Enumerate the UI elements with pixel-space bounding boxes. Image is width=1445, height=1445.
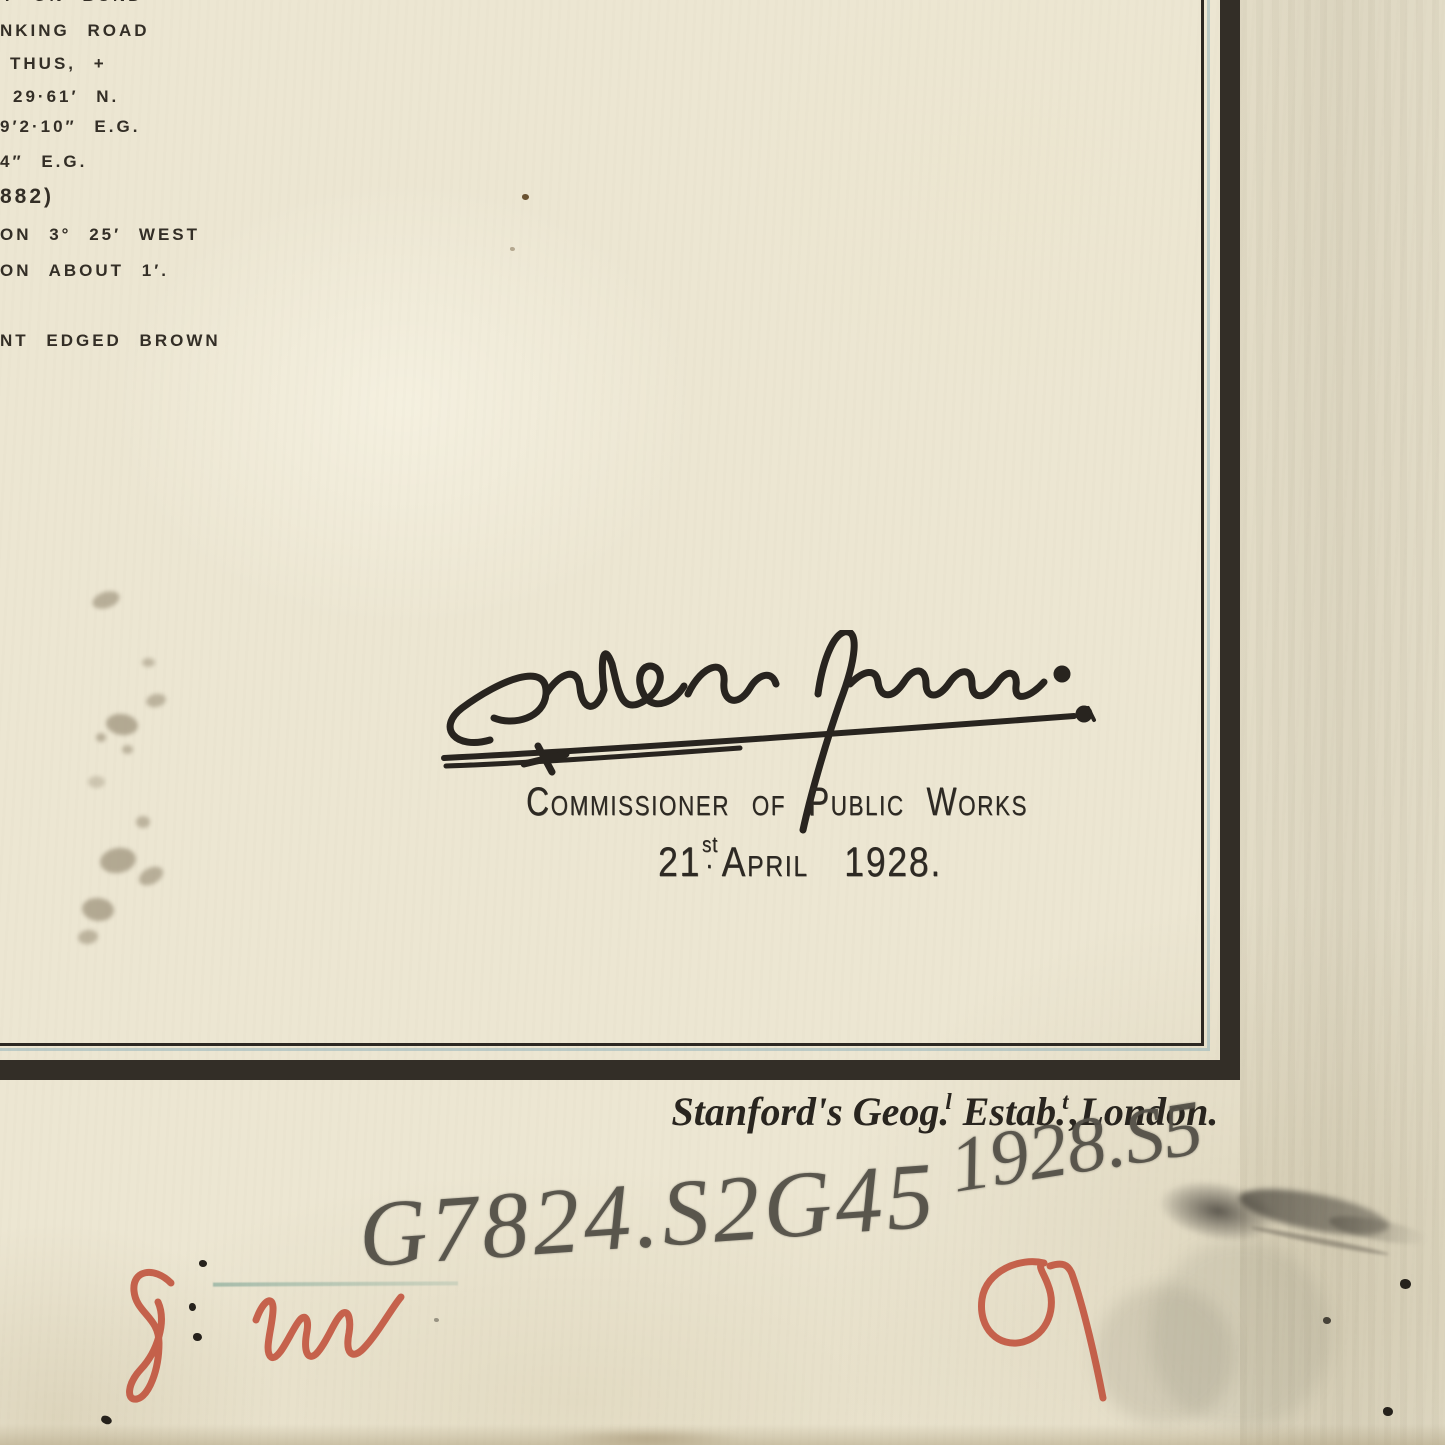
red-loop-mark [982,1262,1052,1343]
paper-stain [1150,1240,1330,1430]
ink-speck [510,247,515,251]
ink-speck [193,1333,202,1341]
red-loop-tail [1050,1264,1103,1398]
map-sheet-corner: T ON BUND NKING ROAD THUS, + 29·61′ N. 9… [0,0,1445,1445]
scan-bottom-edge [0,1424,1445,1445]
legend-line: 29·61′ N. [13,87,119,107]
legend-line: NT EDGED BROWN [0,331,221,351]
legend-line: THUS, + [10,54,107,74]
legend-line: ON ABOUT 1′. [0,261,169,281]
date-ordinal: st. [702,838,718,865]
legend-line: 4″ E.G. [0,152,87,172]
legend-line: NKING ROAD [0,21,150,41]
superscript-l: l [945,1089,951,1114]
red-w-squiggle [256,1297,401,1358]
ink-speck [1383,1407,1393,1416]
legend-line: 9′2·10″ E.G. [0,117,140,137]
ink-speck [434,1318,439,1322]
date-day: 21 [658,838,701,885]
red-figure-8-mark [130,1272,171,1399]
call-number-pencil: G7824.S2G451928.S5 [355,1123,1209,1290]
ink-speck [199,1260,207,1267]
commissioner-title: Commissioner of Public Works [497,780,1057,825]
call-number-left: G7824.S2G45 [355,1143,940,1287]
legend-line: 882) [0,185,54,209]
ink-speck [1400,1279,1411,1289]
legend-line: T ON BUND [2,0,143,6]
ink-speck [522,194,529,200]
legend-line: ON 3° 25′ WEST [0,225,200,245]
date-rest: April 1928. [722,838,942,885]
ink-speck [189,1303,196,1311]
map-frame-outer-band [0,0,1240,1080]
approval-date: 21st.April 1928. [503,838,1098,886]
ink-speck [1323,1317,1331,1324]
